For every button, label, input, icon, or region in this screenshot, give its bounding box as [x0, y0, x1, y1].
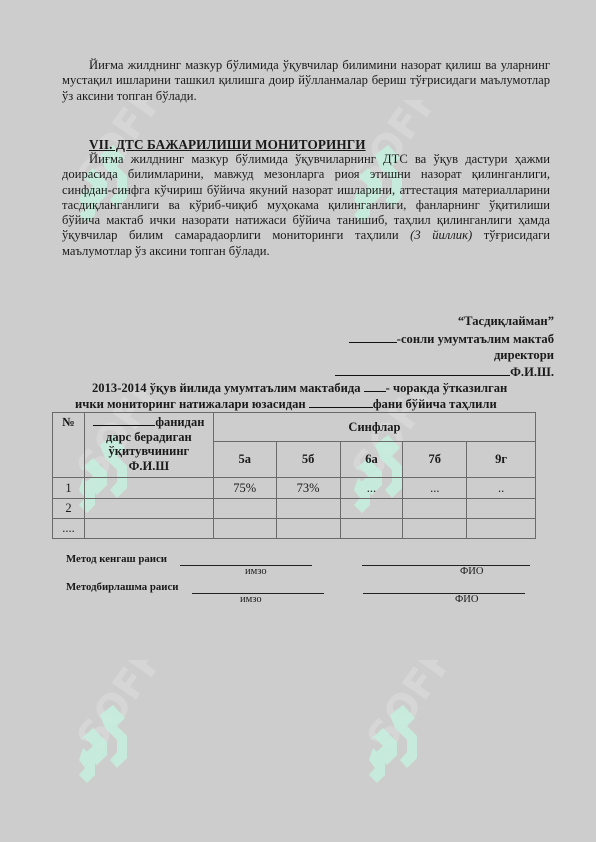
header-classes: Синфлар [213, 413, 535, 442]
section-title: VII. ДТС БАЖАРИЛИШИ МОНИТОРИНГИ [89, 137, 366, 153]
approval-school-line: -сонли умумтаълим мактаб [349, 331, 554, 347]
class-result-cell[interactable]: ... [340, 478, 403, 499]
teacher-subject-blank[interactable] [93, 414, 155, 426]
teacher-cell[interactable] [84, 478, 213, 499]
method-union-name-caption: ФИО [455, 594, 478, 605]
table-row: .... [53, 519, 536, 539]
table-title-line2: ички мониторинг натижалари юзасидан фани… [75, 396, 497, 412]
table-row: 175%73%........ [53, 478, 536, 499]
subject-blank[interactable] [309, 396, 373, 408]
class-result-cell[interactable]: 73% [276, 478, 340, 499]
row-number: .... [53, 519, 85, 539]
watermark-logo: SOFF [55, 660, 205, 810]
header-class: 7б [403, 442, 467, 478]
header-class: 5а [213, 442, 276, 478]
header-class: 6а [340, 442, 403, 478]
class-result-cell[interactable] [467, 519, 536, 539]
method-council-name-caption: ФИО [460, 566, 483, 577]
class-result-cell[interactable] [403, 499, 467, 519]
method-council-sign-caption: имзо [245, 566, 267, 577]
class-result-cell[interactable] [340, 499, 403, 519]
teacher-cell[interactable] [84, 519, 213, 539]
approval-heading: “Тасдиқлайман” [458, 314, 554, 329]
row-number: 1 [53, 478, 85, 499]
class-result-cell[interactable] [340, 519, 403, 539]
class-result-cell[interactable] [276, 519, 340, 539]
class-result-cell[interactable]: ... [403, 478, 467, 499]
header-teacher: фанидан дарс берадиган ўқитувчининг Ф.И.… [84, 413, 213, 478]
svg-text:SOFF: SOFF [358, 660, 463, 760]
school-number-blank[interactable] [349, 331, 397, 343]
director-name-blank[interactable] [335, 364, 510, 376]
section-paragraph: Йиғма жилднинг мазкур бўлимида ўқувчилар… [62, 152, 550, 259]
approval-fio-line: Ф.И.Ш. [335, 364, 554, 380]
header-class: 5б [276, 442, 340, 478]
header-class: 9г [467, 442, 536, 478]
method-union-label: Методбирлашма раиси [66, 581, 179, 593]
intro-paragraph: Йиғма жилднинг мазкур бўлимида ўқувчилар… [62, 58, 550, 104]
svg-text:SOFF: SOFF [68, 660, 173, 760]
table-row: 2 [53, 499, 536, 519]
class-result-cell[interactable]: 75% [213, 478, 276, 499]
method-council-label: Метод кенгаш раиси [66, 553, 167, 565]
method-union-name-field[interactable] [363, 593, 525, 594]
quarter-blank[interactable] [364, 380, 386, 392]
teacher-cell[interactable] [84, 499, 213, 519]
method-council-name-field[interactable] [362, 565, 530, 566]
class-result-cell[interactable] [276, 499, 340, 519]
class-result-cell[interactable] [213, 499, 276, 519]
table-title-line1: 2013-2014 ўқув йилида умумтаълим мактаби… [92, 380, 507, 396]
header-no: № [53, 413, 85, 478]
row-number: 2 [53, 499, 85, 519]
class-result-cell[interactable]: .. [467, 478, 536, 499]
monitoring-table: № фанидан дарс берадиган ўқитувчининг Ф.… [52, 412, 536, 539]
class-result-cell[interactable] [467, 499, 536, 519]
period-note: (3 йиллик) [410, 228, 472, 242]
method-union-sign-caption: имзо [240, 594, 262, 605]
class-result-cell[interactable] [403, 519, 467, 539]
approval-director: директори [494, 348, 554, 363]
watermark-logo: SOFF [345, 660, 495, 810]
class-result-cell[interactable] [213, 519, 276, 539]
